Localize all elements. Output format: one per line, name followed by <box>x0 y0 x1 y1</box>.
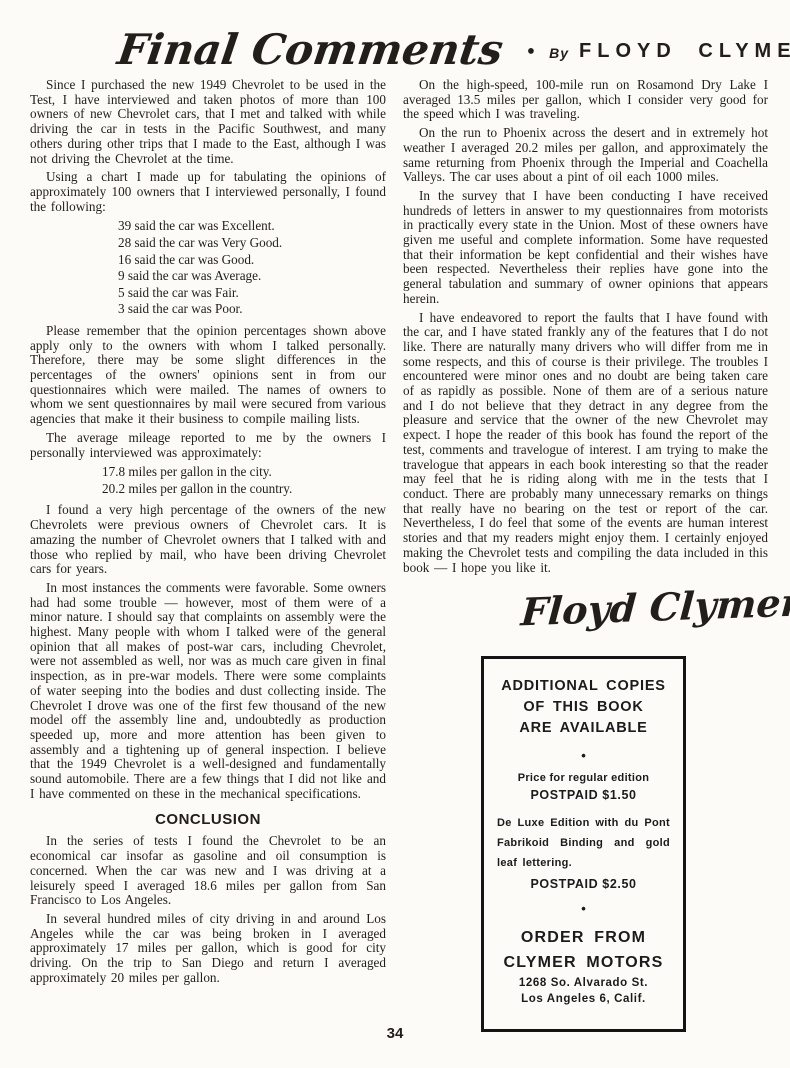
opinion-item: 16 said the car was Good. <box>118 252 386 269</box>
ad-price-deluxe: POSTPAID $2.50 <box>497 877 670 891</box>
ad-street-address: 1268 So. Alvarado St. <box>497 975 670 991</box>
page-header: Final Comments • By FLOYD CLYMER <box>0 0 790 74</box>
opinion-item: 28 said the car was Very Good. <box>118 235 386 252</box>
additional-copies-ad-box: ADDITIONAL COPIES OF THIS BOOK ARE AVAIL… <box>481 656 686 1032</box>
ad-company-name: CLYMER MOTORS <box>497 950 670 975</box>
bullet-icon: • <box>497 902 670 915</box>
paragraph-average-mileage: The average mileage reported to me by th… <box>30 431 386 460</box>
paragraph-endeavored-report: I have endeavored to report the faults t… <box>403 311 768 576</box>
ad-order-from: ORDER FROM <box>497 925 670 950</box>
mileage-item: 20.2 miles per gallon in the country. <box>102 481 386 498</box>
paragraph-city-driving: In several hundred miles of city driving… <box>30 912 386 986</box>
paragraph-economical-car: In the series of tests I found the Chevr… <box>30 834 386 908</box>
byline-author: FLOYD CLYMER <box>579 40 790 63</box>
page-number: 34 <box>0 1025 790 1042</box>
conclusion-heading: CONCLUSION <box>30 811 386 828</box>
paragraph-survey-letters: In the survey that I have been conductin… <box>403 189 768 307</box>
paragraph-dry-lake-run: On the high-speed, 100-mile run on Rosam… <box>403 78 768 122</box>
ad-title-line: ADDITIONAL COPIES <box>497 676 670 697</box>
paragraph-intro-test: Since I purchased the new 1949 Chevrolet… <box>30 78 386 166</box>
paragraph-percentages-note: Please remember that the opinion percent… <box>30 324 386 427</box>
ad-title-line: ARE AVAILABLE <box>497 718 670 739</box>
bullet-icon: • <box>497 749 670 762</box>
opinion-item: 3 said the car was Poor. <box>118 301 386 318</box>
opinion-item: 5 said the car was Fair. <box>118 285 386 302</box>
ad-price-regular: POSTPAID $1.50 <box>497 788 670 802</box>
paragraph-previous-owners: I found a very high percentage of the ow… <box>30 503 386 577</box>
two-column-body: Since I purchased the new 1949 Chevrolet… <box>0 74 790 1032</box>
mileage-list: 17.8 miles per gallon in the city. 20.2 … <box>30 464 386 497</box>
scanned-book-page: Final Comments • By FLOYD CLYMER Since I… <box>0 0 790 1068</box>
mileage-item: 17.8 miles per gallon in the city. <box>102 464 386 481</box>
byline-by: By <box>549 45 569 61</box>
paragraph-chart-tabulation: Using a chart I made up for tabulating t… <box>30 170 386 214</box>
opinion-list: 39 said the car was Excellent. 28 said t… <box>30 218 386 318</box>
author-signature: Floyd Clymer <box>519 581 769 635</box>
ad-deluxe-description: De Luxe Edition with du Pont Fabrikoid B… <box>497 813 670 873</box>
ad-price-label: Price for regular edition <box>497 772 670 784</box>
page-title: Final Comments <box>115 25 507 74</box>
opinion-item: 9 said the car was Average. <box>118 268 386 285</box>
ad-title-line: OF THIS BOOK <box>497 697 670 718</box>
bullet-icon: • <box>527 40 535 64</box>
opinion-item: 39 said the car was Excellent. <box>118 218 386 235</box>
right-column: On the high-speed, 100-mile run on Rosam… <box>403 78 768 1032</box>
ad-city-address: Los Angeles 6, Calif. <box>497 991 670 1007</box>
paragraph-comments-favorable: In most instances the comments were favo… <box>30 581 386 802</box>
left-column: Since I purchased the new 1949 Chevrolet… <box>30 78 386 1032</box>
paragraph-phoenix-run: On the run to Phoenix across the desert … <box>403 126 768 185</box>
